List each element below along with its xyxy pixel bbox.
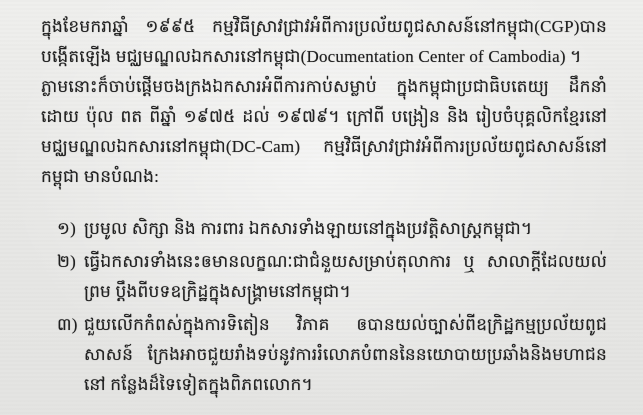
- list-marker-2: ២): [57, 247, 76, 277]
- list-marker-3: ៣): [57, 310, 78, 340]
- list-item-1-text: ប្រមូល សិក្សា និង ការពារ ឯកសារទាំងឡាយនៅក…: [84, 219, 532, 238]
- paragraph-2: ភ្លាមនោះក៏ចាប់ផ្ដើមចងក្រងឯកសារអំពីការកាប…: [41, 72, 607, 192]
- list-marker-1: ១): [57, 214, 76, 244]
- numbered-list: ១) ប្រមូល សិក្សា និង ការពារ ឯកសារទាំងឡាយ…: [57, 214, 607, 400]
- list-item-3: ៣) ជួយលើកកំពស់ក្នុងការទិតៀន វិភាគ ឲបានយល…: [57, 310, 607, 400]
- document-body: ក្នុងខែមករាឆ្នាំ ១៩៩៥ កម្មវិធីស្រាវជ្រាវ…: [41, 12, 607, 403]
- paragraph-1: ក្នុងខែមករាឆ្នាំ ១៩៩៥ កម្មវិធីស្រាវជ្រាវ…: [41, 12, 607, 72]
- scanned-document-page: ក្នុងខែមករាឆ្នាំ ១៩៩៥ កម្មវិធីស្រាវជ្រាវ…: [0, 0, 643, 415]
- list-item-3-text: ជួយលើកកំពស់ក្នុងការទិតៀន វិភាគ ឲបានយល់ច្…: [84, 315, 607, 394]
- list-item-2-text: ធ្វើឯកសារទាំងនេះឲមានលក្ខណៈជាជំនួយសម្រាប់…: [84, 252, 607, 301]
- list-item-2: ២) ធ្វើឯកសារទាំងនេះឲមានលក្ខណៈជាជំនួយសម្រ…: [57, 247, 607, 307]
- list-item-1: ១) ប្រមូល សិក្សា និង ការពារ ឯកសារទាំងឡាយ…: [57, 214, 607, 244]
